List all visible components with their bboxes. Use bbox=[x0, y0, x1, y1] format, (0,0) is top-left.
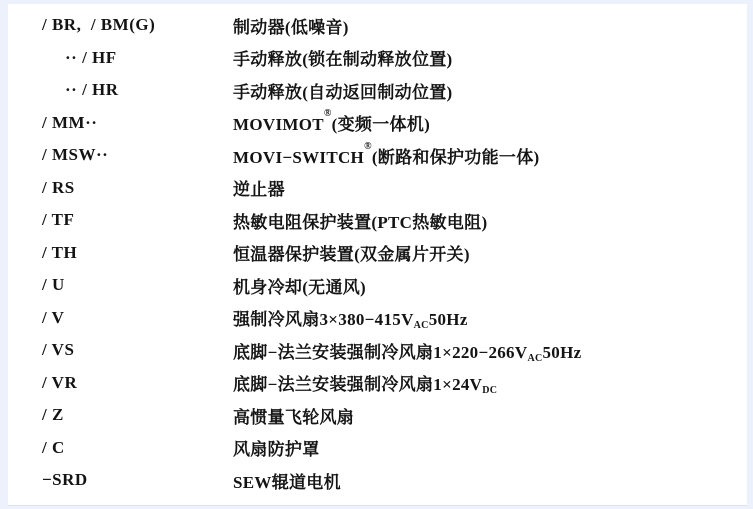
option-description: SEW辊道电机 bbox=[233, 468, 341, 493]
option-description: 风扇防护罩 bbox=[233, 435, 320, 460]
option-code: ·· / HR bbox=[42, 80, 233, 100]
option-description: 热敏电阻保护装置(PTC热敏电阻) bbox=[233, 208, 487, 233]
table-row: / MSW··MOVI−SWITCH®(断路和保护功能一体) bbox=[8, 139, 747, 172]
table-row: −SRDSEW辊道电机 bbox=[8, 464, 747, 497]
option-code: −SRD bbox=[42, 470, 233, 490]
table-row: / V强制冷风扇3×380−415VAC50Hz bbox=[8, 302, 747, 335]
option-code: / TH bbox=[42, 243, 233, 263]
table-row: / MM··MOVIMOT®(变频一体机) bbox=[8, 107, 747, 140]
option-description: 手动释放(锁在制动释放位置) bbox=[233, 45, 453, 70]
option-code: / V bbox=[42, 308, 233, 328]
description-text: MOVIMOT bbox=[233, 115, 324, 134]
option-code: / VS bbox=[42, 340, 233, 360]
description-text: 制动器(低噪音) bbox=[233, 18, 349, 37]
table-row: / TH恒温器保护装置(双金属片开关) bbox=[8, 237, 747, 270]
option-description: 恒温器保护装置(双金属片开关) bbox=[233, 240, 470, 265]
description-text: 恒温器保护装置(双金属片开关) bbox=[233, 245, 470, 264]
option-code: / MM·· bbox=[42, 113, 233, 133]
description-text: (断路和保护功能一体) bbox=[372, 148, 540, 167]
option-description: 逆止器 bbox=[233, 175, 285, 200]
description-text: 强制冷风扇3×380−415V bbox=[233, 310, 414, 329]
table-row: / U机身冷却(无通风) bbox=[8, 269, 747, 302]
table-row: / VR底脚−法兰安装强制冷风扇1×24VDC bbox=[8, 367, 747, 400]
option-description: 底脚−法兰安装强制冷风扇1×24VDC bbox=[233, 370, 497, 395]
description-text: 手动释放(自动返回制动位置) bbox=[233, 83, 453, 102]
option-code: / MSW·· bbox=[42, 145, 233, 165]
table-row: / RS逆止器 bbox=[8, 172, 747, 205]
option-description: 高惯量飞轮风扇 bbox=[233, 403, 354, 428]
table-row: ·· / HF手动释放(锁在制动释放位置) bbox=[8, 42, 747, 75]
superscript-text: ® bbox=[324, 108, 332, 119]
subscript-text: DC bbox=[482, 385, 497, 396]
table-row: / BR, / BM(G)制动器(低噪音) bbox=[8, 9, 747, 42]
description-text: 底脚−法兰安装强制冷风扇1×24V bbox=[233, 375, 482, 394]
description-text: 50Hz bbox=[429, 310, 468, 329]
option-code: / Z bbox=[42, 405, 233, 425]
option-description: 机身冷却(无通风) bbox=[233, 273, 366, 298]
option-code: / U bbox=[42, 275, 233, 295]
option-code: ·· / HF bbox=[42, 48, 233, 68]
subscript-text: AC bbox=[414, 320, 429, 331]
option-code: / VR bbox=[42, 373, 233, 393]
description-text: 机身冷却(无通风) bbox=[233, 278, 366, 297]
description-text: 手动释放(锁在制动释放位置) bbox=[233, 50, 453, 69]
table-row: ·· / HR手动释放(自动返回制动位置) bbox=[8, 74, 747, 107]
description-text: (变频一体机) bbox=[332, 115, 430, 134]
description-text: 逆止器 bbox=[233, 180, 285, 199]
subscript-text: AC bbox=[527, 353, 542, 364]
table-row: / VS底脚−法兰安装强制冷风扇1×220−266VAC50Hz bbox=[8, 334, 747, 367]
option-description: 底脚−法兰安装强制冷风扇1×220−266VAC50Hz bbox=[233, 338, 581, 363]
description-text: 风扇防护罩 bbox=[233, 440, 320, 459]
table-row: / Z高惯量飞轮风扇 bbox=[8, 399, 747, 432]
description-text: 高惯量飞轮风扇 bbox=[233, 408, 354, 427]
description-text: 50Hz bbox=[542, 343, 581, 362]
description-text: 热敏电阻保护装置(PTC热敏电阻) bbox=[233, 213, 487, 232]
option-description: 强制冷风扇3×380−415VAC50Hz bbox=[233, 305, 468, 330]
option-description: MOVI−SWITCH®(断路和保护功能一体) bbox=[233, 143, 539, 168]
description-text: MOVI−SWITCH bbox=[233, 148, 364, 167]
option-description: 制动器(低噪音) bbox=[233, 13, 349, 38]
option-code: / TF bbox=[42, 210, 233, 230]
option-code: / C bbox=[42, 438, 233, 458]
description-text: SEW辊道电机 bbox=[233, 473, 341, 492]
option-code: / RS bbox=[42, 178, 233, 198]
option-description: 手动释放(自动返回制动位置) bbox=[233, 78, 453, 103]
superscript-text: ® bbox=[364, 141, 372, 152]
options-table: / BR, / BM(G)制动器(低噪音)·· / HF手动释放(锁在制动释放位… bbox=[8, 4, 747, 506]
table-row: / TF热敏电阻保护装置(PTC热敏电阻) bbox=[8, 204, 747, 237]
table-row: / C风扇防护罩 bbox=[8, 432, 747, 465]
option-description: MOVIMOT®(变频一体机) bbox=[233, 110, 430, 135]
option-code: / BR, / BM(G) bbox=[42, 15, 233, 35]
description-text: 底脚−法兰安装强制冷风扇1×220−266V bbox=[233, 343, 527, 362]
document-page-background: / BR, / BM(G)制动器(低噪音)·· / HF手动释放(锁在制动释放位… bbox=[0, 0, 753, 509]
